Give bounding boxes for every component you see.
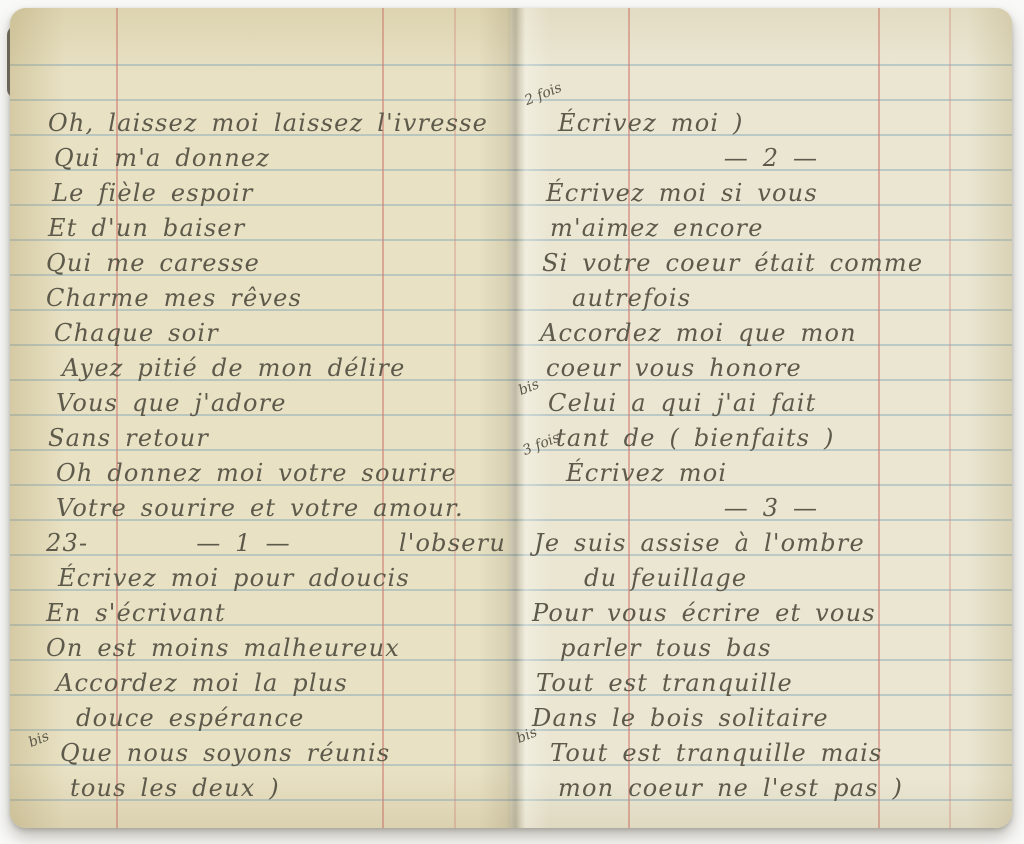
stanza-heading: — 2 —	[532, 141, 1010, 176]
line-text: Écrivez moi pour adoucis	[58, 561, 410, 596]
handwriting-line: Accordez moi que mon	[532, 316, 1010, 351]
handwriting-line-numbered: 23- — 1 — l'obseru	[46, 526, 508, 561]
handwriting-line: Oh donnez moi votre sourire	[46, 456, 508, 491]
handwriting-line: Le fièle espoir	[46, 176, 508, 211]
stanza-number: — 2 —	[724, 141, 819, 176]
line-text: coeur vous honore	[546, 351, 802, 386]
line-text: tant de ( bienfaits )	[556, 421, 835, 456]
line-text: Dans le bois solitaire	[532, 701, 829, 736]
right-page-text: 2 fois Écrivez moi ) — 2 — Écrivez moi s…	[532, 106, 1010, 806]
line-text: Accordez moi la plus	[56, 666, 348, 701]
line-text: Pour vous écrire et vous	[532, 596, 876, 631]
notebook: Oh, laissez moi laissez l'ivresse Qui m'…	[10, 8, 1012, 828]
line-text: Oh, laissez moi laissez l'ivresse	[48, 106, 488, 141]
handwriting-line: 2 fois Écrivez moi )	[532, 106, 1010, 141]
handwriting-line: bis Celui a qui j'ai fait	[532, 386, 1010, 421]
handwriting-line: Si votre coeur était comme	[532, 246, 1010, 281]
scan-background: Oh, laissez moi laissez l'ivresse Qui m'…	[0, 0, 1024, 844]
handwriting-line: Ayez pitié de mon délire	[46, 351, 508, 386]
handwriting-line: Vous que j'adore	[46, 386, 508, 421]
line-text: Le fièle espoir	[52, 176, 254, 211]
line-text: du feuillage	[584, 561, 747, 596]
handwriting-line: Chaque soir	[46, 316, 508, 351]
handwriting-line: En s'écrivant	[46, 596, 508, 631]
line-text: Vous que j'adore	[56, 386, 287, 421]
handwriting-line: Charme mes rêves	[46, 281, 508, 316]
line-text: Votre sourire et votre amour.	[56, 491, 464, 526]
handwriting-line: Tout est tranquille	[532, 666, 1010, 701]
handwriting-line: bis Que nous soyons réunis	[46, 736, 508, 771]
line-text: Charme mes rêves	[46, 281, 302, 316]
line-text: Ayez pitié de mon délire	[62, 351, 405, 386]
line-text: Qui me caresse	[46, 246, 260, 281]
handwriting-line: tous les deux )	[46, 771, 508, 806]
stanza-number: — 1 —	[196, 526, 291, 561]
handwriting-line: Écrivez moi pour adoucis	[46, 561, 508, 596]
handwriting-line: Qui me caresse	[46, 246, 508, 281]
handwriting-line: On est moins malheureux	[46, 631, 508, 666]
handwriting-line: Sans retour	[46, 421, 508, 456]
line-text: douce espérance	[76, 701, 305, 736]
left-page-text: Oh, laissez moi laissez l'ivresse Qui m'…	[46, 106, 508, 806]
handwriting-line: douce espérance	[46, 701, 508, 736]
line-text: Accordez moi que mon	[540, 316, 857, 351]
line-text: Si votre coeur était comme	[542, 246, 923, 281]
handwriting-line: coeur vous honore	[532, 351, 1010, 386]
handwriting-line: Et d'un baiser	[46, 211, 508, 246]
handwriting-line: parler tous bas	[532, 631, 1010, 666]
handwriting-line: m'aimez encore	[532, 211, 1010, 246]
line-text: Écrivez moi si vous	[546, 176, 818, 211]
stanza-start-number: 23-	[46, 526, 88, 561]
handwriting-line: Oh, laissez moi laissez l'ivresse	[46, 106, 508, 141]
handwriting-line: Votre sourire et votre amour.	[46, 491, 508, 526]
handwriting-line: Accordez moi la plus	[46, 666, 508, 701]
line-text: Écrivez moi )	[532, 106, 744, 141]
handwriting-line: Écrivez moi si vous	[532, 176, 1010, 211]
line-text: parler tous bas	[560, 631, 772, 666]
line-text: En s'écrivant	[46, 596, 226, 631]
line-text: Que nous soyons réunis	[46, 736, 390, 771]
line-text: mon coeur ne l'est pas )	[558, 771, 903, 806]
handwriting-line: Qui m'a donnez	[46, 141, 508, 176]
stanza-number: — 3 —	[724, 491, 819, 526]
line-text: Tout est tranquille mais	[532, 736, 883, 771]
handwriting-line: Pour vous écrire et vous	[532, 596, 1010, 631]
line-text: m'aimez encore	[550, 211, 764, 246]
line-text: l'obseru	[399, 526, 506, 561]
handwriting-line: du feuillage	[532, 561, 1010, 596]
handwriting-line: bis Tout est tranquille mais	[532, 736, 1010, 771]
line-text: Sans retour	[48, 421, 209, 456]
handwriting-line: Dans le bois solitaire	[532, 701, 1010, 736]
line-text: autrefois	[572, 281, 691, 316]
line-text: Oh donnez moi votre sourire	[56, 456, 457, 491]
handwriting-line: mon coeur ne l'est pas )	[532, 771, 1010, 806]
handwriting-line: autrefois	[532, 281, 1010, 316]
line-text: On est moins malheureux	[46, 631, 400, 666]
handwriting-line: 3 fois Écrivez moi	[532, 456, 1010, 491]
stanza-heading: — 3 —	[532, 491, 1010, 526]
line-text: Je suis assise à l'ombre	[534, 526, 865, 561]
line-text: Écrivez moi	[532, 456, 727, 491]
line-text: Qui m'a donnez	[54, 141, 270, 176]
line-text: Et d'un baiser	[48, 211, 245, 246]
handwriting-line: Je suis assise à l'ombre	[532, 526, 1010, 561]
line-text: Chaque soir	[54, 316, 219, 351]
line-text: tous les deux )	[70, 771, 280, 806]
handwriting-line: tant de ( bienfaits )	[532, 421, 1010, 456]
line-text: Celui a qui j'ai fait	[532, 386, 816, 421]
line-text: Tout est tranquille	[536, 666, 793, 701]
